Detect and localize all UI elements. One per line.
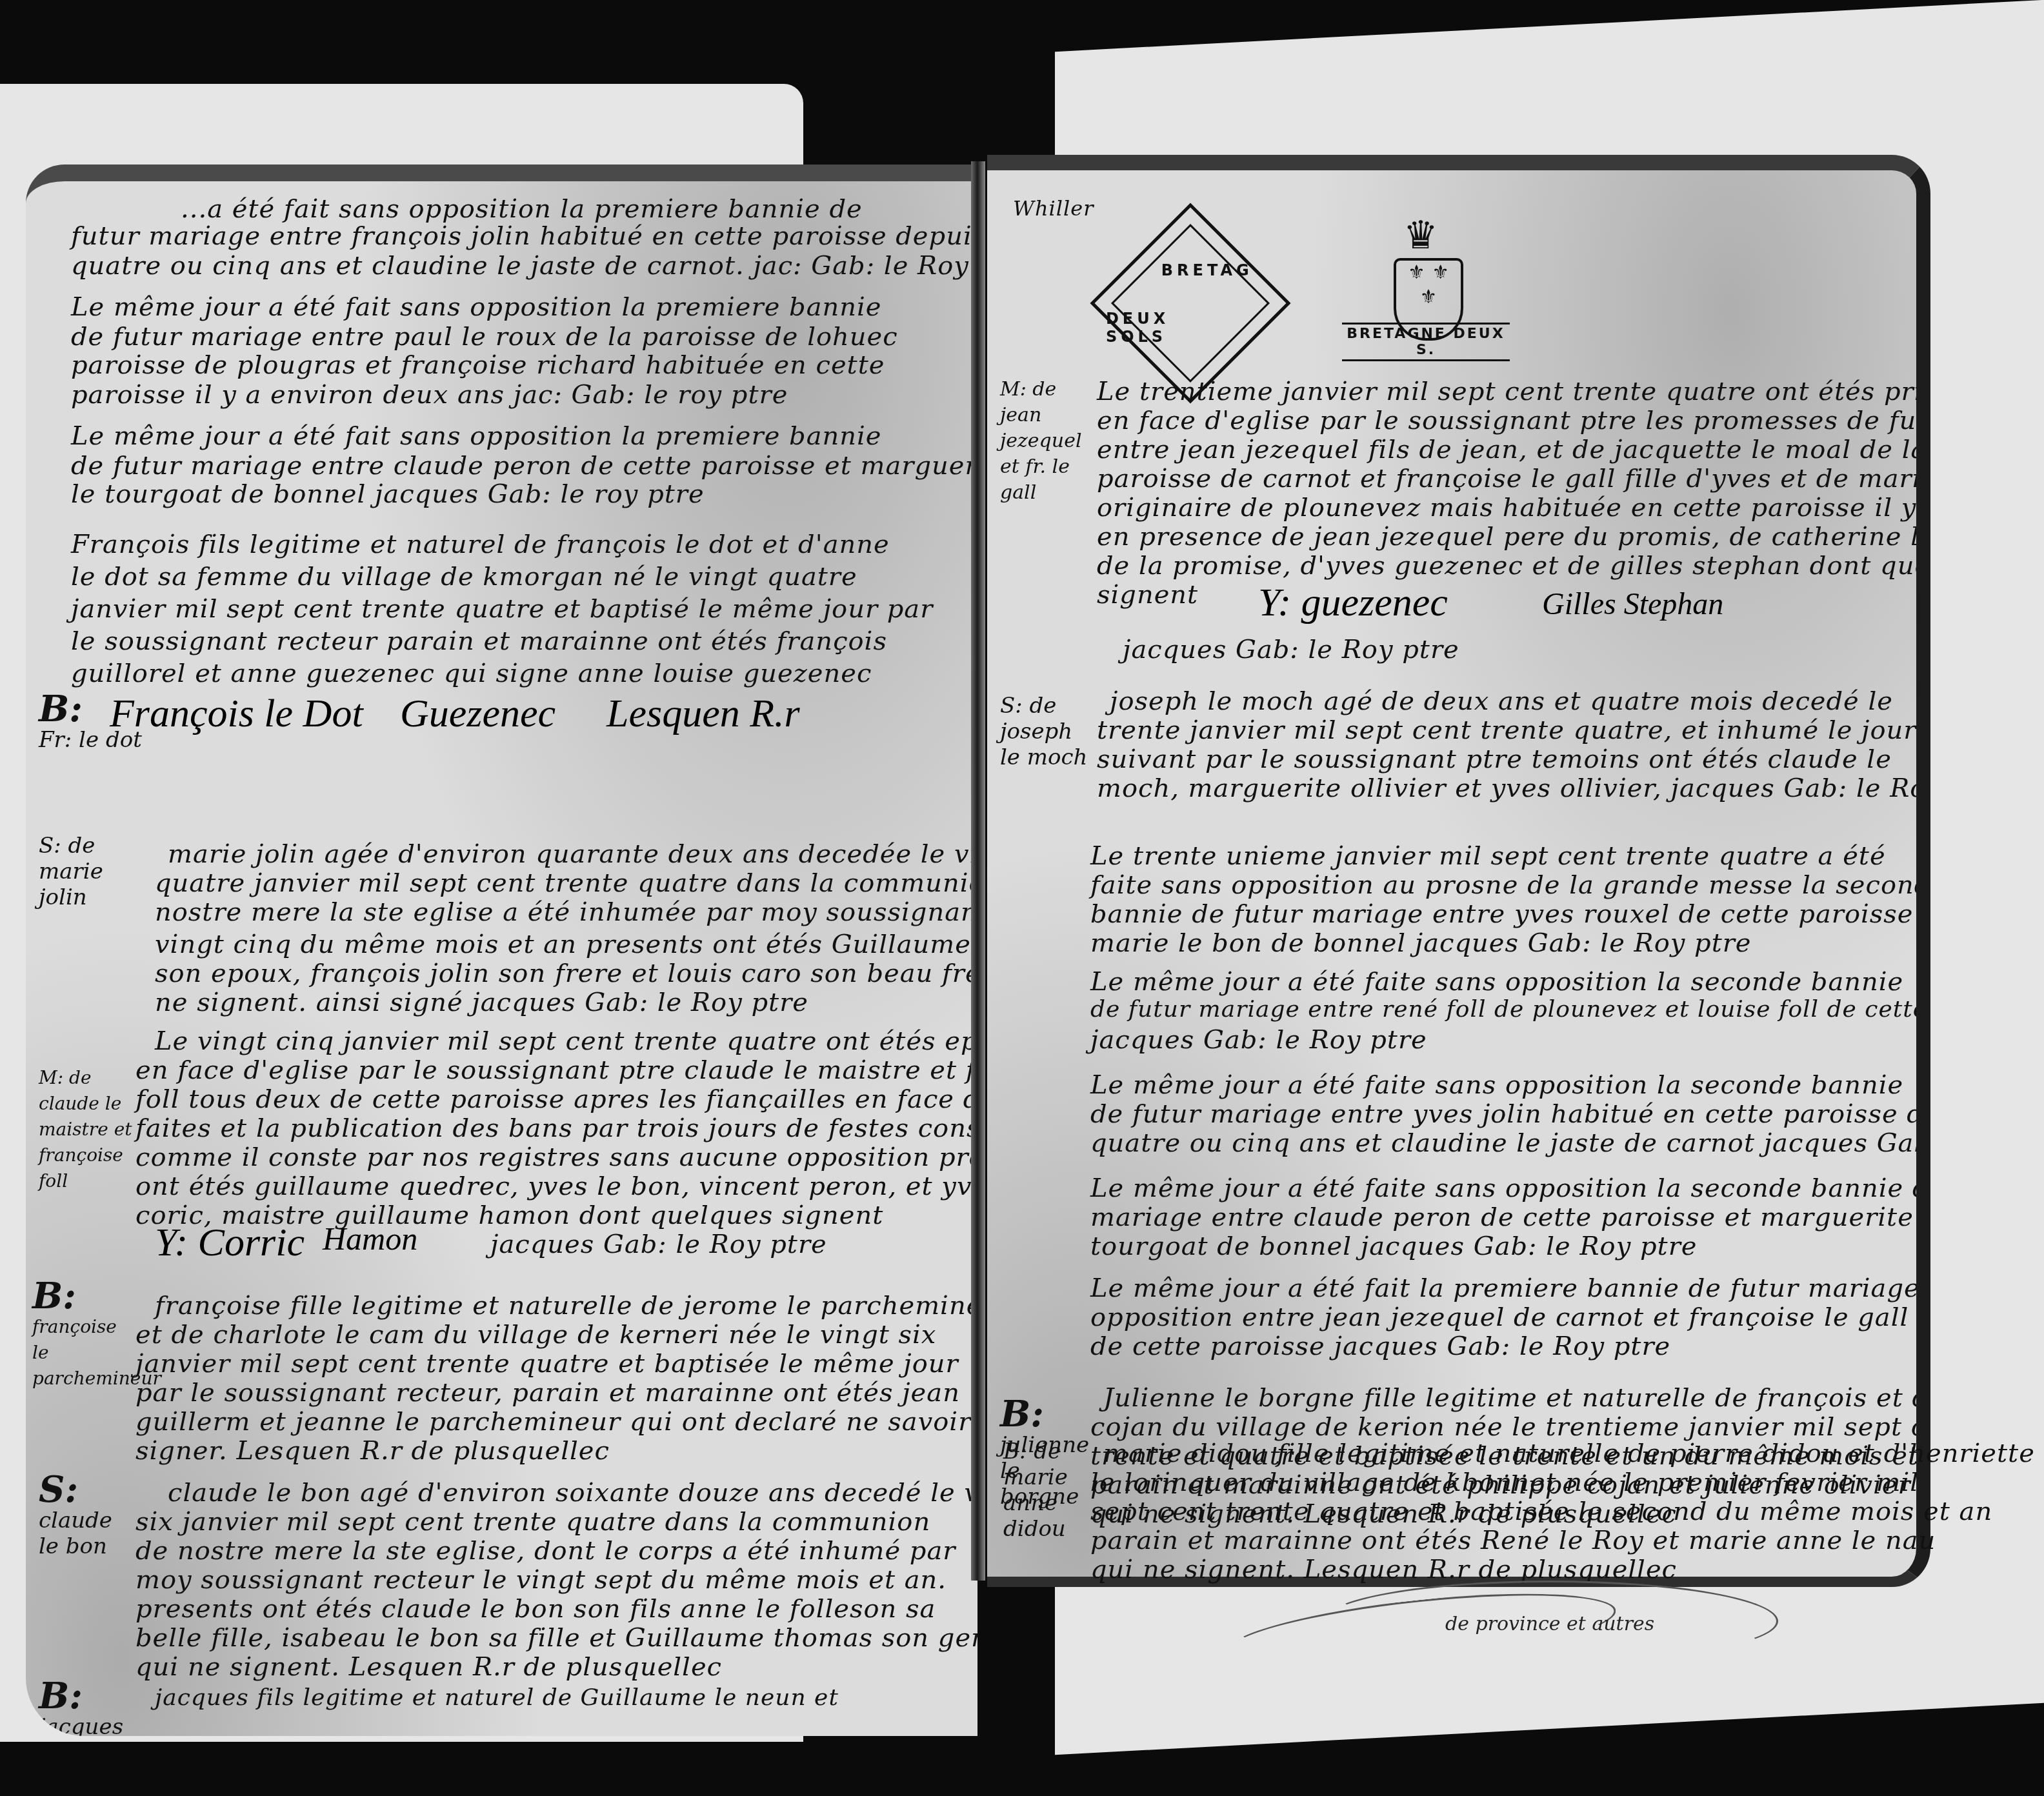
- text-line: janvier mil sept cent trente quatre et b…: [71, 594, 933, 624]
- text-line: Le même jour a été faite sans opposition…: [1090, 1173, 1930, 1203]
- text-line: le tourgoat de bonnel jacques Gab: le ro…: [71, 479, 705, 509]
- text-line: de futur mariage entre claude peron de c…: [71, 451, 977, 481]
- text-line: mariage entre claude peron de cette paro…: [1090, 1202, 1914, 1232]
- text-line: belle fille, isabeau le bon sa fille et …: [135, 1623, 977, 1653]
- left-page: ...a été fait sans opposition la premier…: [26, 165, 977, 1736]
- text-line: trente janvier mil sept cent trente quat…: [1097, 715, 1916, 745]
- text-line: marie didou fille legitime et naturelle …: [1103, 1439, 2035, 1468]
- text-line: en face d'eglise par le soussignant ptre…: [1097, 406, 1930, 435]
- signature: François le Dot: [110, 691, 363, 737]
- text-line: faites et la publication des bans par tr…: [135, 1113, 977, 1143]
- bottom-note: de province et autres: [1445, 1613, 1654, 1635]
- margin-note: B: jacques le neun: [39, 1678, 135, 1736]
- text-line: foll tous deux de cette paroisse apres l…: [135, 1084, 977, 1114]
- signature: Y: Corric: [155, 1220, 305, 1266]
- text-line: ont étés guillaume quedrec, yves le bon,…: [135, 1172, 977, 1201]
- text-line: le soussignant recteur parain et marainn…: [71, 626, 887, 656]
- text-line: faite sans opposition au prosne de la gr…: [1090, 870, 1930, 900]
- text-line: joseph le moch agé de deux ans et quatre…: [1110, 686, 1893, 716]
- margin-note: B: Fr: le dot: [39, 691, 142, 753]
- text-line: quatre ou cinq ans et claudine le jaste …: [1090, 1128, 1930, 1158]
- text-line: suivant par le soussignant ptre temoins …: [1097, 744, 1892, 774]
- text-line: paroisse il y a environ deux ans jac: Ga…: [71, 380, 788, 410]
- margin-note: M: de claude le maistre et françoise fol…: [39, 1065, 135, 1194]
- text-line: Le vingt cinq janvier mil sept cent tren…: [155, 1026, 977, 1056]
- signature: Gilles Stephan: [1542, 586, 1723, 622]
- text-line: janvier mil sept cent trente quatre et b…: [135, 1349, 959, 1379]
- text-line: signer. Lesquen R.r de plusquellec: [135, 1436, 610, 1466]
- text-line: François fils legitime et naturel de fra…: [71, 530, 890, 559]
- text-line: quatre janvier mil sept cent trente quat…: [155, 868, 977, 898]
- text-line: de futur mariage entre paul le roux de l…: [71, 322, 898, 352]
- text-line: jacques Gab: le Roy ptre: [1123, 635, 1459, 664]
- text-line: paroisse de carnot et françoise le gall …: [1097, 464, 1930, 494]
- signature: Guezenec: [400, 691, 556, 737]
- text-line: Le trente unieme janvier mil sept cent t…: [1090, 841, 1886, 871]
- margin-note: B: de marie anne didou: [1003, 1439, 1094, 1542]
- text-line: guillerm et jeanne le parchemineur qui o…: [135, 1407, 971, 1437]
- text-line: qui ne signent. Lesquen R.r de plusquell…: [135, 1652, 722, 1682]
- text-line: paroisse de plougras et françoise richar…: [71, 350, 885, 380]
- text-line: de la promise, d'yves guezenec et de gil…: [1097, 551, 1930, 581]
- text-line: de futur mariage entre rené foll de plou…: [1090, 996, 1930, 1023]
- text-line: ne signent. ainsi signé jacques Gab: le …: [155, 988, 808, 1017]
- text-line: presents ont étés claude le bon son fils…: [135, 1594, 936, 1624]
- text-line: le dot sa femme du village de kmorgan né…: [71, 562, 857, 592]
- text-line: jacques Gab: le Roy ptre: [490, 1230, 827, 1259]
- book-gutter: [971, 161, 985, 1581]
- text-line: Le même jour a été fait la premiere bann…: [1090, 1273, 1930, 1303]
- text-line: de futur mariage entre yves jolin habitu…: [1090, 1099, 1930, 1129]
- text-line: Le même jour a été faite sans opposition…: [1090, 1070, 1903, 1100]
- text-line: moch, marguerite ollivier et yves ollivi…: [1097, 773, 1930, 803]
- text-line: entre jean jezequel fils de jean, et de …: [1097, 435, 1927, 464]
- margin-note: S: de marie jolin: [39, 833, 148, 910]
- text-line: opposition entre jean jezequel de carnot…: [1090, 1302, 1909, 1332]
- text-line: parain et marainne ont étés René le Roy …: [1090, 1526, 1936, 1555]
- text-line: vingt cinq du même mois et an presents o…: [155, 930, 977, 959]
- text-line: jacques Gab: le Roy ptre: [1090, 1025, 1427, 1055]
- text-line: futur mariage entre françois jolin habit…: [71, 221, 977, 251]
- margin-note: B: françoise le parchemineur: [32, 1278, 135, 1392]
- text-line: Le même jour a été fait sans opposition …: [71, 421, 881, 451]
- royal-crest-stamp-icon: ♛ ⚜ ⚜⚜ BRETAGNE DEUX S.: [1342, 213, 1510, 368]
- text-line: six janvier mil sept cent trente quatre …: [135, 1507, 930, 1537]
- text-line: ...a été fait sans opposition la premier…: [181, 194, 863, 224]
- text-line: nostre mere la ste eglise a été inhumée …: [155, 897, 977, 927]
- margin-note: M: de jean jezequel et fr. le gall: [1000, 377, 1097, 506]
- text-line: cojan du village de kerion née le trenti…: [1090, 1412, 1930, 1442]
- text-line: Le trentieme janvier mil sept cent trent…: [1097, 377, 1930, 406]
- text-line: son epoux, françois jolin son frere et l…: [155, 959, 977, 988]
- text-line: guillorel et anne guezenec qui signe ann…: [71, 659, 872, 688]
- text-line: de nostre mere la ste eglise, dont le co…: [135, 1536, 956, 1566]
- text-line: le lorinquer du village de kbonnet née l…: [1090, 1468, 1919, 1497]
- text-line: sept cent trente quatre et baptisée le s…: [1090, 1497, 1992, 1526]
- text-line: bannie de futur mariage entre yves rouxe…: [1090, 899, 1930, 929]
- text-line: Le même jour a été fait sans opposition …: [71, 292, 881, 322]
- crown-icon: ♛: [1403, 213, 1438, 258]
- signature: Y: guezenec: [1258, 580, 1448, 626]
- text-line: marie le bon de bonnel jacques Gab: le R…: [1090, 928, 1752, 958]
- text-line: tourgoat de bonnel jacques Gab: le Roy p…: [1090, 1232, 1697, 1261]
- text-line: moy soussignant recteur le vingt sept du…: [135, 1565, 947, 1595]
- signature: Hamon: [323, 1220, 417, 1257]
- text-line: Le même jour a été faite sans opposition…: [1090, 967, 1903, 997]
- text-line: signent: [1097, 580, 1198, 610]
- text-line: françoise fille legitime et naturelle de…: [155, 1291, 977, 1321]
- signature: Lesquen R.r: [606, 691, 800, 737]
- right-page: Whiller Le trentieme janvier mil sept ce…: [987, 155, 1930, 1587]
- text-line: et de charlote le cam du village de kern…: [135, 1320, 936, 1350]
- text-line: comme il conste par nos registres sans a…: [135, 1142, 977, 1172]
- text-line: qui ne signent. Lesquen R.r de plusquell…: [1090, 1555, 1677, 1584]
- text-line: Julienne le borgne fille legitime et nat…: [1103, 1383, 1930, 1413]
- text-line: quatre ou cinq ans et claudine le jaste …: [71, 251, 977, 281]
- text-line: en presence de jean jezequel pere du pro…: [1097, 522, 1930, 552]
- header-note: Whiller: [1013, 196, 1094, 221]
- text-line: claude le bon agé d'environ soixante dou…: [168, 1478, 977, 1508]
- margin-note: S: de joseph le moch: [1000, 693, 1097, 770]
- margin-note: S: claude le bon: [39, 1472, 135, 1559]
- text-line: par le soussignant recteur, parain et ma…: [135, 1378, 960, 1408]
- text-line: jacques fils legitime et naturel de Guil…: [155, 1684, 839, 1711]
- text-line: en face d'eglise par le soussignant ptre…: [135, 1055, 977, 1085]
- text-line: originaire de plounevez mais habituée en…: [1097, 493, 1930, 523]
- text-line: de cette paroisse jacques Gab: le Roy pt…: [1090, 1332, 1670, 1361]
- text-line: marie jolin agée d'environ quarante deux…: [168, 839, 977, 869]
